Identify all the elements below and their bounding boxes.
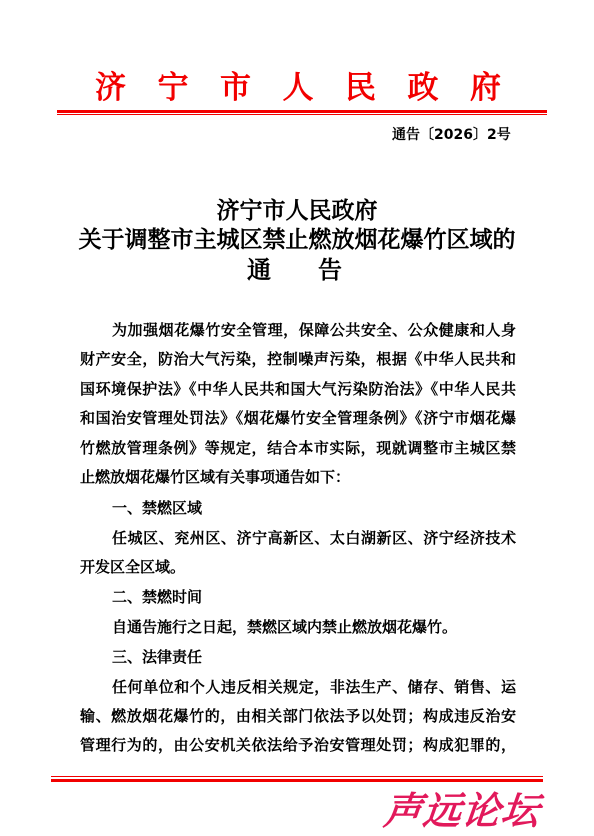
masthead-char: 市 bbox=[220, 70, 251, 106]
section-heading: 二、禁燃时间 bbox=[112, 587, 202, 607]
body-line: 自通告施行之日起，禁燃区域内禁止燃放烟花爆竹。 bbox=[112, 617, 516, 637]
body-line: 任城区、兖州区、济宁高新区、太白湖新区、济宁经济技术 bbox=[112, 528, 516, 548]
document-number: 通告〔2026〕2号 bbox=[392, 126, 511, 144]
masthead-char: 政 bbox=[408, 70, 439, 106]
body-line: 财产安全，防治大气污染，控制噪声污染，根据《中华人民共和 bbox=[80, 349, 516, 369]
body-line: 竹燃放管理条例》等规定，结合本市实际，现就调整市主城区禁 bbox=[80, 438, 516, 458]
title-line-subject: 关于调整市主城区禁止燃放烟花爆竹区域的 bbox=[0, 226, 594, 254]
body-line: 止燃放烟花爆竹区域有关事项通告如下： bbox=[80, 467, 516, 487]
masthead-char: 民 bbox=[345, 70, 376, 106]
body-line: 为加强烟花爆竹安全管理，保障公共安全、公众健康和人身 bbox=[112, 320, 516, 340]
title-notice-char: 告 bbox=[318, 256, 342, 284]
masthead-rule-thin bbox=[57, 114, 547, 115]
masthead-char: 宁 bbox=[158, 70, 189, 106]
footer-rule-thin bbox=[51, 776, 543, 777]
masthead-char: 府 bbox=[470, 70, 501, 106]
forum-watermark-logo: 声远论坛 bbox=[382, 790, 542, 832]
masthead-char: 人 bbox=[283, 70, 314, 106]
masthead-title: 济 宁 市 人 民 政 府 bbox=[57, 70, 547, 106]
body-line: 国环境保护法》《中华人民共和国大气污染防治法》《中华人民共 bbox=[80, 379, 516, 399]
title-line-issuer: 济宁市人民政府 bbox=[0, 197, 594, 225]
section-heading: 一、禁燃区域 bbox=[112, 498, 202, 518]
body-line: 任何单位和个人违反相关规定，非法生产、储存、销售、运 bbox=[112, 677, 516, 697]
body-line: 输、燃放烟花爆竹的，由相关部门依法予以处罚；构成违反治安 bbox=[80, 706, 516, 726]
masthead-rule-thick bbox=[57, 110, 547, 113]
footer-rule-thick bbox=[51, 779, 543, 782]
section-heading: 三、法律责任 bbox=[112, 647, 202, 667]
body-line: 和国治安管理处罚法》《烟花爆竹安全管理条例》《济宁市烟花爆 bbox=[80, 408, 516, 428]
masthead-char: 济 bbox=[95, 70, 126, 106]
body-line: 管理行为的，由公安机关依法给予治安管理处罚；构成犯罪的， bbox=[80, 735, 516, 755]
title-notice-char: 通 bbox=[247, 256, 271, 284]
body-line: 开发区全区域。 bbox=[80, 557, 516, 577]
